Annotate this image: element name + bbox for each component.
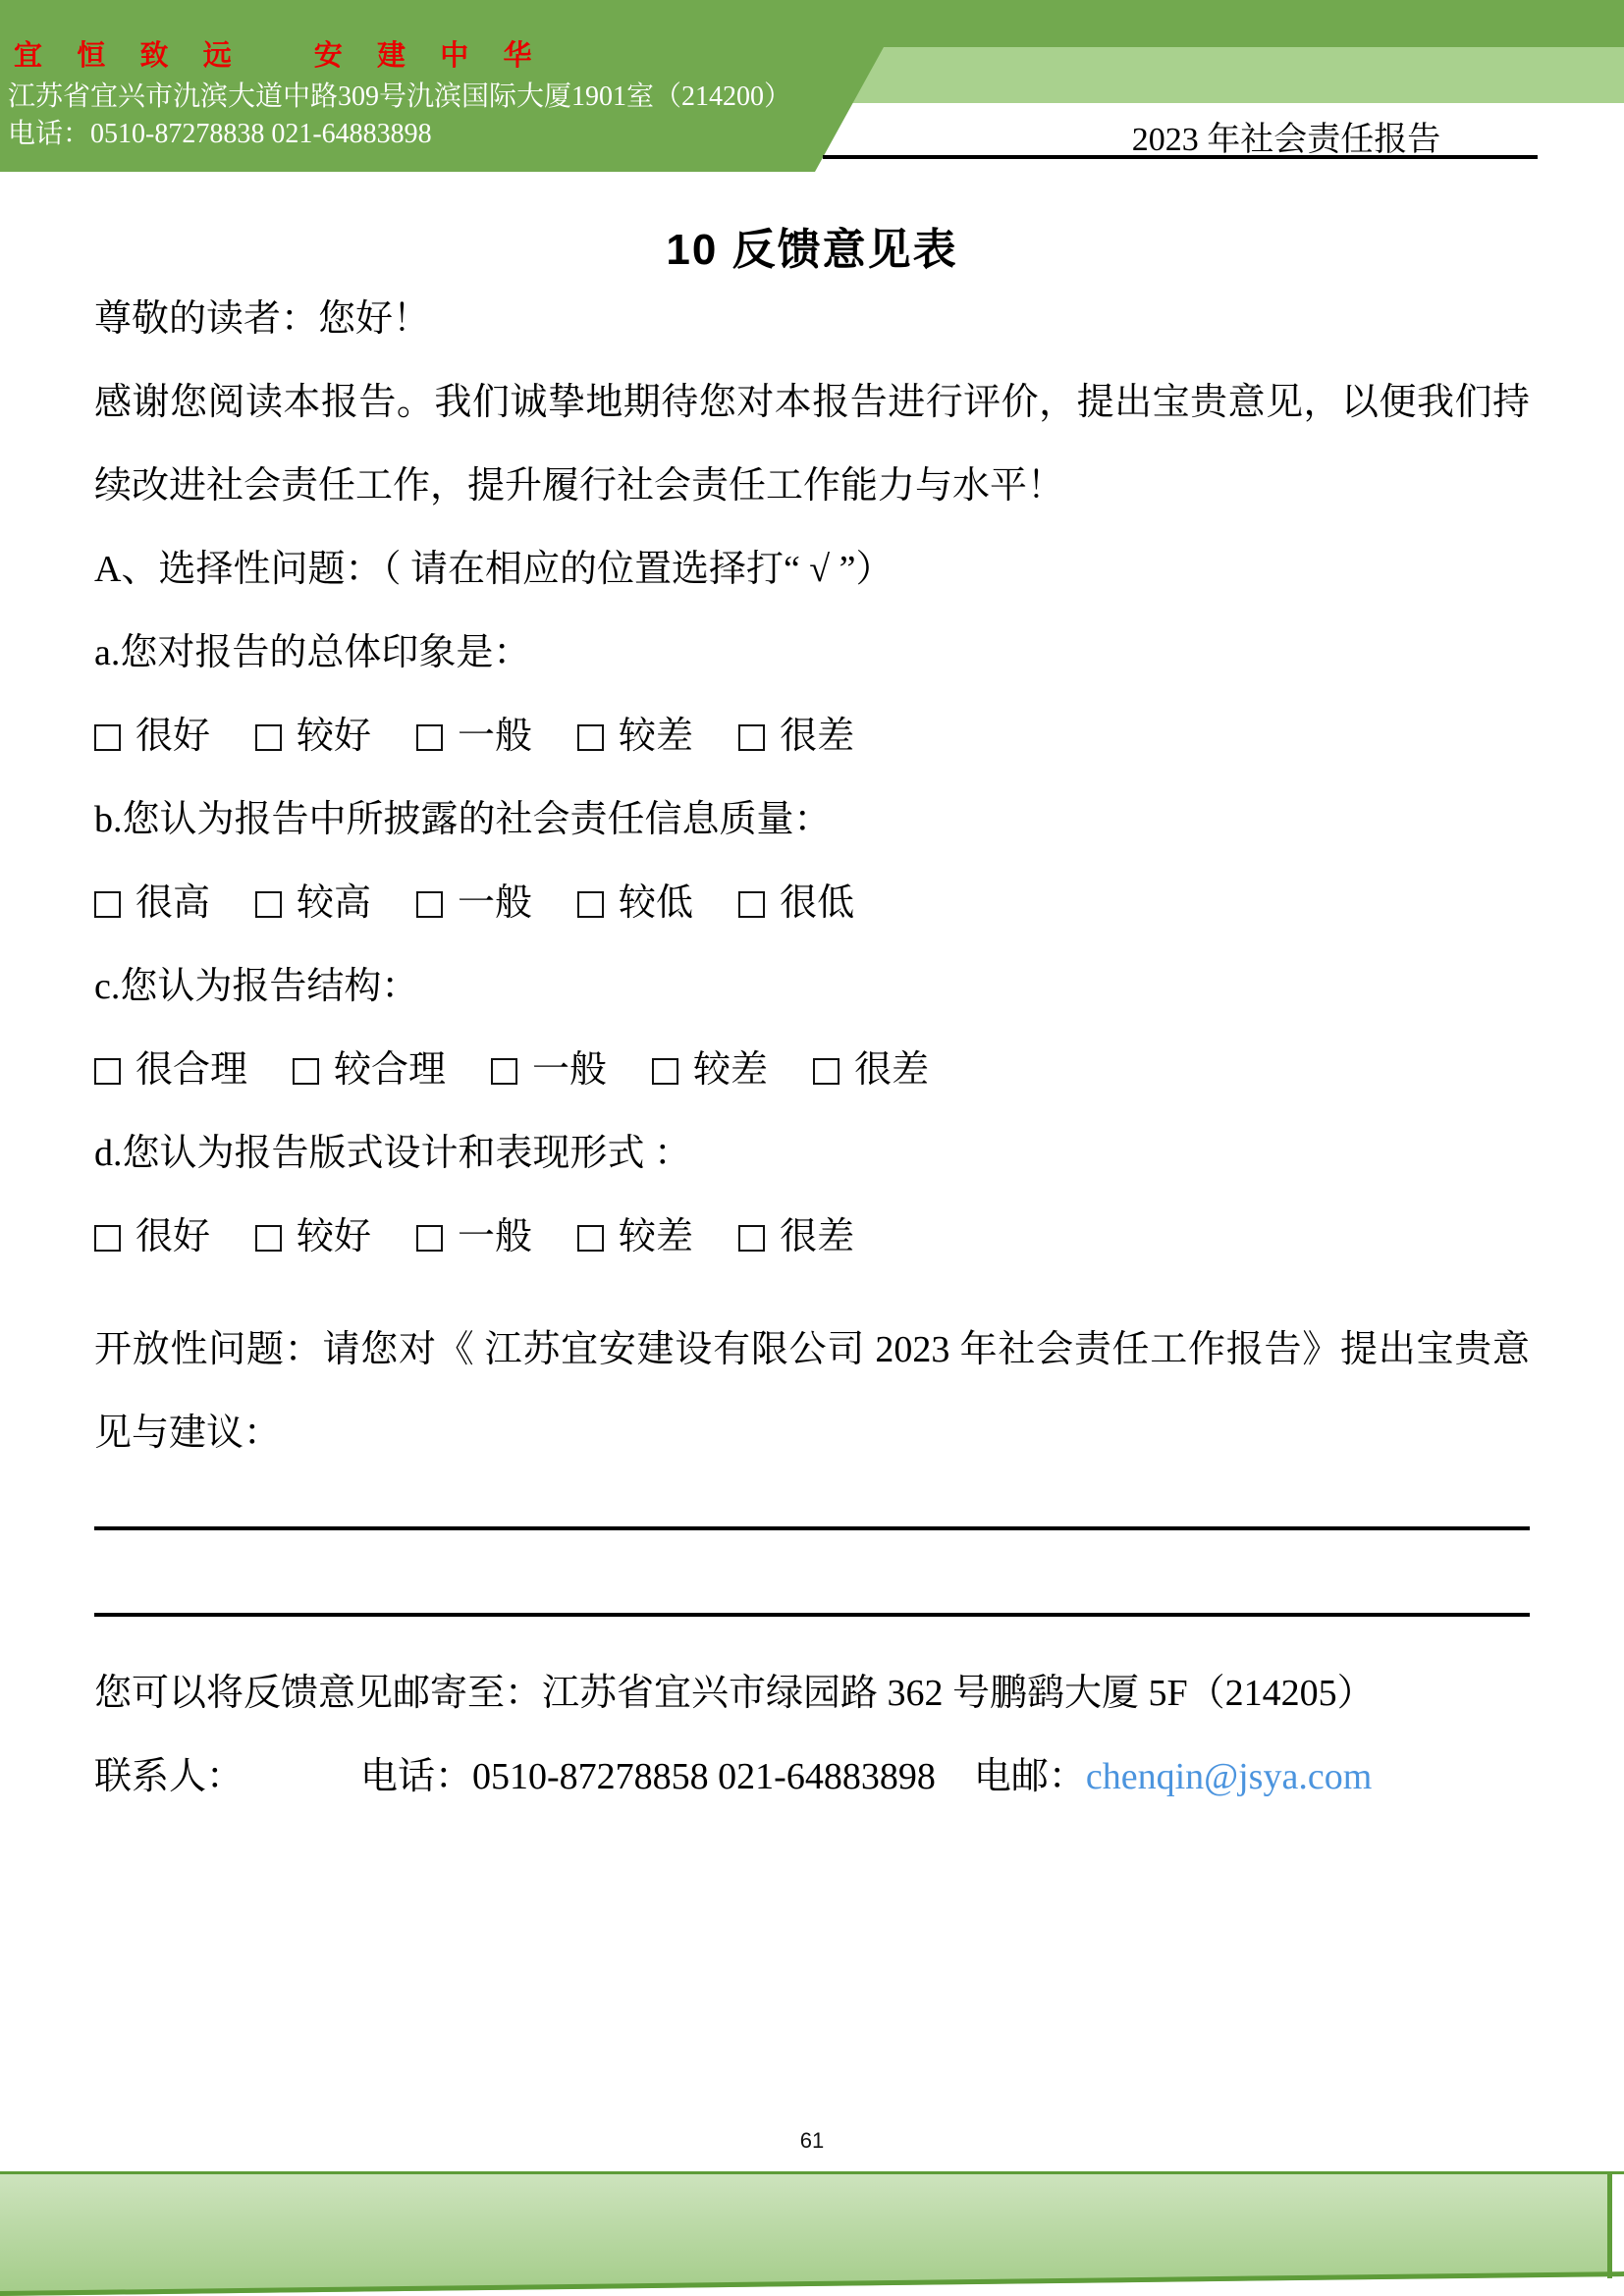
- option-label: 一般: [458, 879, 532, 928]
- option-label: 较低: [619, 879, 693, 928]
- option-label: 很高: [135, 879, 210, 928]
- greeting-text: 尊敬的读者：您好！: [94, 294, 1530, 344]
- question-d-options: 很好 较好 一般 较差 很差: [94, 1212, 1530, 1261]
- checkbox-icon[interactable]: [94, 724, 121, 751]
- checkbox-icon[interactable]: [255, 724, 282, 751]
- option-c-1: 很合理: [94, 1045, 247, 1095]
- header-underline: [823, 155, 1538, 159]
- option-label: 较差: [619, 1212, 693, 1261]
- checkbox-icon[interactable]: [577, 891, 604, 918]
- option-b-2: 较高: [255, 879, 371, 928]
- checkbox-icon[interactable]: [738, 724, 765, 751]
- contact-line: 联系人： 电话：0510-87278858 021-64883898 电邮： c…: [94, 1752, 1530, 1801]
- answer-blank-line-2: [94, 1613, 1530, 1617]
- option-label: 较好: [297, 712, 371, 761]
- option-b-1: 很高: [94, 879, 210, 928]
- option-label: 较高: [297, 879, 371, 928]
- contact-email-link[interactable]: chenqin@jsya.com: [1086, 1752, 1372, 1801]
- checkbox-icon[interactable]: [416, 891, 443, 918]
- option-label: 较好: [297, 1212, 371, 1261]
- option-b-5: 很低: [738, 879, 854, 928]
- option-d-1: 很好: [94, 1212, 210, 1261]
- section-a-heading: A、选择性问题：（ 请在相应的位置选择打“ √ ”）: [94, 545, 1530, 594]
- option-a-2: 较好: [255, 712, 371, 761]
- option-label: 很合理: [135, 1045, 247, 1095]
- checkbox-icon[interactable]: [416, 1225, 443, 1252]
- company-phone: 电话：0510-87278838 021-64883898: [8, 112, 432, 151]
- report-year-title: 2023 年社会责任报告: [1080, 112, 1492, 160]
- footer-top-border: [0, 2171, 1624, 2174]
- option-label: 一般: [532, 1045, 607, 1095]
- option-d-2: 较好: [255, 1212, 371, 1261]
- option-label: 很差: [854, 1045, 929, 1095]
- page-number: 61: [0, 2128, 1624, 2154]
- option-label: 较差: [693, 1045, 768, 1095]
- contact-phone: 电话：0510-87278858 021-64883898: [360, 1752, 936, 1801]
- checkbox-icon[interactable]: [94, 1058, 121, 1085]
- contact-email-label: 电邮：: [974, 1752, 1086, 1801]
- option-a-1: 很好: [94, 712, 210, 761]
- question-a-options: 很好 较好 一般 较差 很差: [94, 712, 1530, 761]
- document-page: { "header": { "slogan_left": "宜 恒 致 远", …: [0, 0, 1624, 2296]
- option-b-4: 较低: [577, 879, 693, 928]
- option-label: 很低: [780, 879, 854, 928]
- answer-blank-line-1: [94, 1526, 1530, 1530]
- option-c-5: 很差: [813, 1045, 929, 1095]
- checkbox-icon[interactable]: [491, 1058, 517, 1085]
- contact-person-label: 联系人：: [94, 1752, 244, 1801]
- option-d-5: 很差: [738, 1212, 854, 1261]
- option-c-3: 一般: [491, 1045, 607, 1095]
- option-label: 较差: [619, 712, 693, 761]
- checkbox-icon[interactable]: [94, 891, 121, 918]
- option-c-4: 较差: [652, 1045, 768, 1095]
- option-label: 很差: [780, 1212, 854, 1261]
- option-label: 很差: [780, 712, 854, 761]
- footer-right-border: [1607, 2174, 1612, 2278]
- checkbox-icon[interactable]: [94, 1225, 121, 1252]
- company-slogan: 宜 恒 致 远 安 建 中 华: [14, 33, 546, 74]
- question-b-options: 很高 较高 一般 较低 很低: [94, 879, 1530, 928]
- question-d-label: d.您认为报告版式设计和表现形式 ：: [94, 1129, 1530, 1178]
- checkbox-icon[interactable]: [577, 1225, 604, 1252]
- company-address: 江苏省宜兴市氿滨大道中路309号氿滨国际大厦1901室（214200）: [8, 75, 791, 114]
- option-c-2: 较合理: [293, 1045, 446, 1095]
- open-question-line-2: 见与建议：: [94, 1409, 1530, 1458]
- option-label: 一般: [458, 712, 532, 761]
- checkbox-icon[interactable]: [738, 891, 765, 918]
- intro-line-2: 续改进社会责任工作，提升履行社会责任工作能力与水平！: [94, 461, 1530, 510]
- option-d-4: 较差: [577, 1212, 693, 1261]
- company-slogan-left: 宜 恒 致 远: [14, 33, 245, 74]
- checkbox-icon[interactable]: [813, 1058, 839, 1085]
- option-a-3: 一般: [416, 712, 532, 761]
- option-d-3: 一般: [416, 1212, 532, 1261]
- option-label: 较合理: [334, 1045, 446, 1095]
- checkbox-icon[interactable]: [255, 891, 282, 918]
- open-question-line-1: 开放性问题：请您对《 江苏宜安建设有限公司 2023 年社会责任工作报告》提出宝…: [94, 1325, 1530, 1374]
- feedback-form: 尊敬的读者：您好！ 感谢您阅读本报告。我们诚挚地期待您对本报告进行评价，提出宝贵…: [94, 294, 1530, 1801]
- checkbox-icon[interactable]: [255, 1225, 282, 1252]
- mailing-address-line: 您可以将反馈意见邮寄至：江苏省宜兴市绿园路 362 号鹏鹞大厦 5F（21420…: [94, 1669, 1530, 1718]
- option-b-3: 一般: [416, 879, 532, 928]
- option-label: 一般: [458, 1212, 532, 1261]
- question-c-label: c.您认为报告结构：: [94, 962, 1530, 1011]
- question-c-options: 很合理 较合理 一般 较差 很差: [94, 1045, 1530, 1095]
- option-label: 很好: [135, 1212, 210, 1261]
- page-title: 10 反馈意见表: [0, 214, 1624, 277]
- question-b-label: b.您认为报告中所披露的社会责任信息质量：: [94, 795, 1530, 844]
- option-a-4: 较差: [577, 712, 693, 761]
- checkbox-icon[interactable]: [652, 1058, 678, 1085]
- checkbox-icon[interactable]: [293, 1058, 319, 1085]
- option-a-5: 很差: [738, 712, 854, 761]
- checkbox-icon[interactable]: [738, 1225, 765, 1252]
- checkbox-icon[interactable]: [416, 724, 443, 751]
- question-a-label: a.您对报告的总体印象是：: [94, 628, 1530, 677]
- checkbox-icon[interactable]: [577, 724, 604, 751]
- intro-line-1: 感谢您阅读本报告。我们诚挚地期待您对本报告进行评价，提出宝贵意见，以便我们持: [94, 378, 1530, 427]
- option-label: 很好: [135, 712, 210, 761]
- company-slogan-right: 安 建 中 华: [314, 33, 546, 74]
